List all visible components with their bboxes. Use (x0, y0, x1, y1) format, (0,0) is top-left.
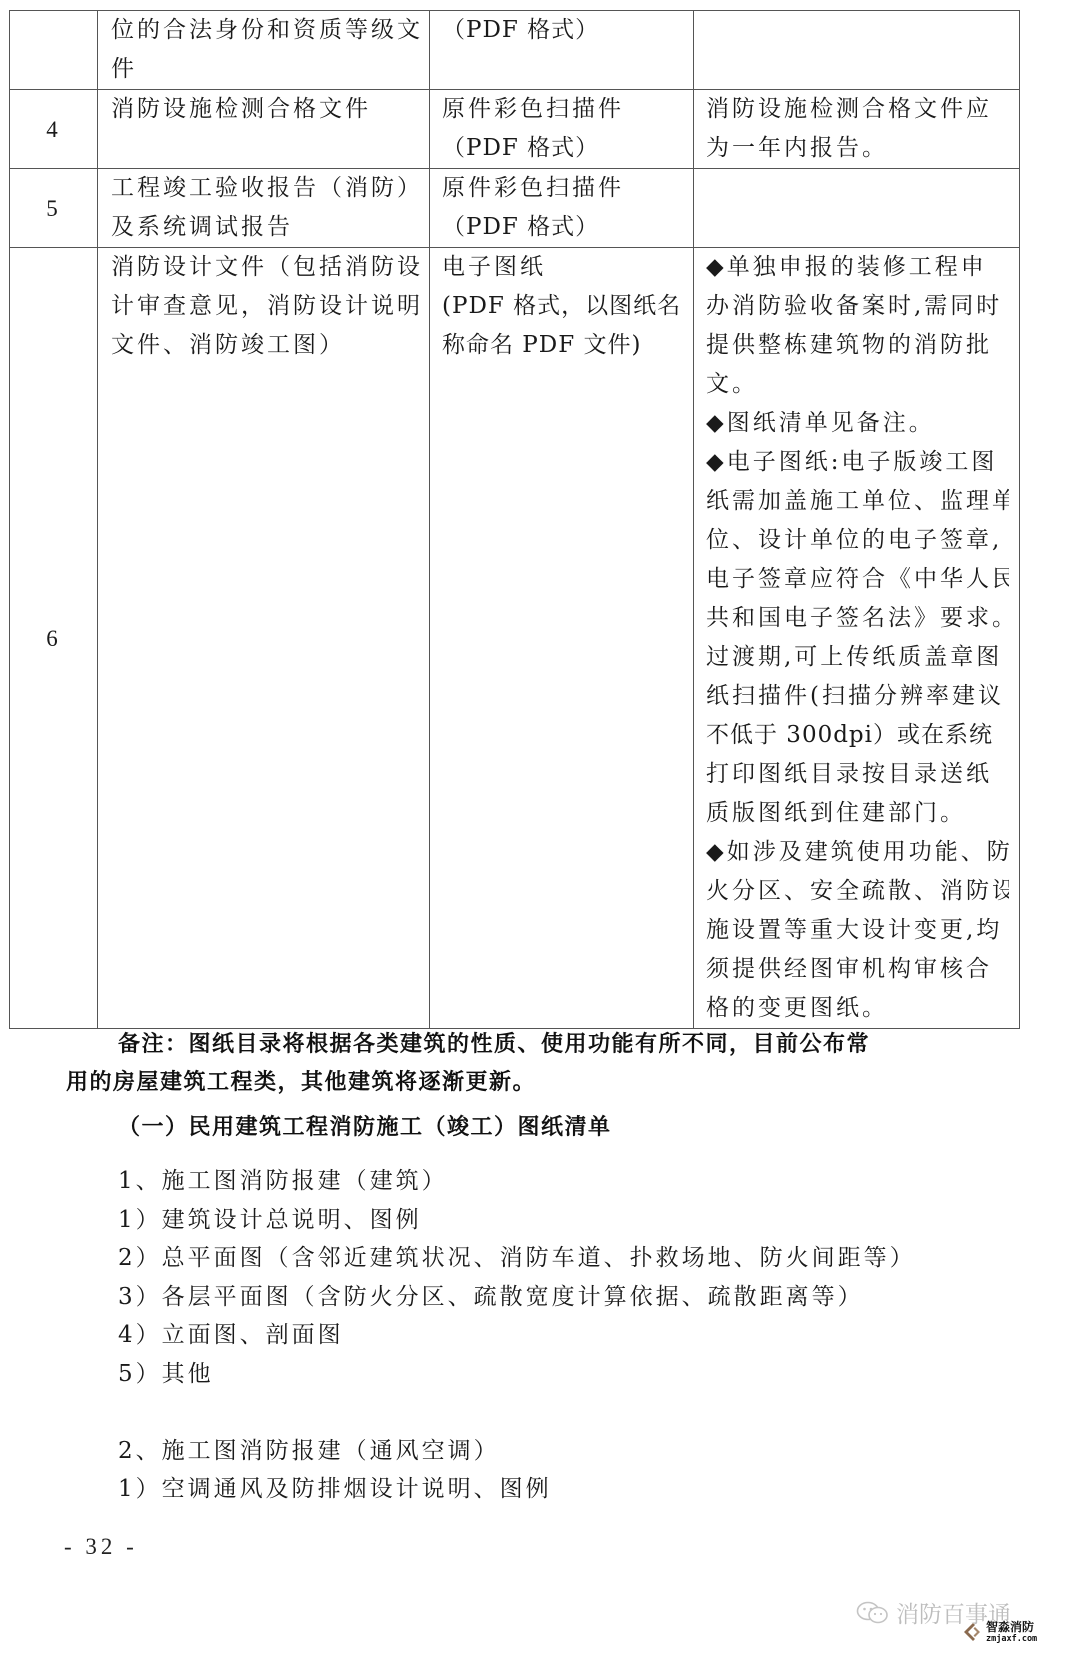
cell-line: 原件彩色扫描件 (442, 90, 687, 129)
requirements-table: 位的合法身份和资质等级文 件 （PDF 格式） 4 消防设施检测合格文件 原件彩… (9, 10, 1020, 1029)
logo-url: zmjaxf.com (986, 1635, 1037, 1644)
cell-line: 施设置等重大设计变更,均 (706, 911, 1009, 950)
page-number: - 32 - (64, 1532, 138, 1562)
cell-line: 位、设计单位的电子签章, (706, 521, 1009, 560)
list-item: 1）空调通风及防排烟设计说明、图例 (118, 1470, 916, 1509)
cell-line: 格的变更图纸。 (706, 989, 1009, 1028)
cell-line: （PDF 格式） (442, 208, 687, 247)
cell-line: 文件、消防竣工图） (111, 326, 421, 365)
logo-name: 智淼消防 (986, 1621, 1037, 1633)
remark-line: 备注：图纸目录将根据各类建筑的性质、使用功能有所不同，目前公布常 (66, 1026, 966, 1064)
cell-line: （PDF 格式） (442, 11, 687, 50)
table-row: 6 消防设计文件（包括消防设 计审查意见，消防设计说明 文件、消防竣工图） 电子… (10, 248, 1020, 1029)
remark-cell (694, 169, 1020, 248)
cell-line: 火分区、安全疏散、消防设 (706, 872, 1009, 911)
table-row: 位的合法身份和资质等级文 件 （PDF 格式） (10, 11, 1020, 90)
remark-cell (694, 11, 1020, 90)
cell-line: 须提供经图审机构审核合 (706, 950, 1009, 989)
group-heading: 1、施工图消防报建（建筑） (118, 1162, 916, 1201)
spacer (118, 1394, 916, 1432)
group-heading: 2、施工图消防报建（通风空调） (118, 1432, 916, 1471)
item-cell: 消防设计文件（包括消防设 计审查意见，消防设计说明 文件、消防竣工图） (98, 248, 430, 1029)
cell-line: 称命名 PDF 文件) (442, 326, 687, 365)
table-row: 5 工程竣工验收报告（消防） 及系统调试报告 原件彩色扫描件 （PDF 格式） (10, 169, 1020, 248)
remark-cell: ◆单独申报的装修工程申 办消防验收备案时,需同时 提供整栋建筑物的消防批 文。 … (694, 248, 1020, 1029)
row-number (10, 11, 98, 90)
item-cell: 消防设施检测合格文件 (98, 90, 430, 169)
cell-line: 消防设计文件（包括消防设 (111, 248, 421, 287)
format-cell: 电子图纸 (PDF 格式，以图纸名 称命名 PDF 文件) (430, 248, 694, 1029)
cell-line: （PDF 格式） (442, 129, 687, 168)
cell-line: 消防设施检测合格文件 (111, 90, 421, 129)
cell-line: 质版图纸到住建部门。 (706, 794, 1009, 833)
cell-line: 纸扫描件(扫描分辨率建议 (706, 677, 1009, 716)
remark-paragraph: 备注：图纸目录将根据各类建筑的性质、使用功能有所不同，目前公布常 用的房屋建筑工… (66, 1026, 966, 1102)
cell-line: 电子签章应符合《中华人民 (706, 560, 1009, 599)
cell-line: ◆图纸清单见备注。 (706, 404, 1009, 443)
cell-line: ◆电子图纸:电子版竣工图 (706, 443, 1009, 482)
cell-line: 计审查意见，消防设计说明 (111, 287, 421, 326)
logo-mark-icon (963, 1622, 983, 1642)
cell-line: 共和国电子签名法》要求。 (706, 599, 1009, 638)
format-cell: 原件彩色扫描件 （PDF 格式） (430, 169, 694, 248)
section-title: （一）民用建筑工程消防施工（竣工）图纸清单 (118, 1110, 612, 1146)
cell-line: 纸需加盖施工单位、监理单 (706, 482, 1009, 521)
cell-line: 过渡期,可上传纸质盖章图 (706, 638, 1009, 677)
list-item: 2）总平面图（含邻近建筑状况、消防车道、扑救场地、防火间距等） (118, 1239, 916, 1278)
format-cell: 原件彩色扫描件 （PDF 格式） (430, 90, 694, 169)
remark-cell: 消防设施检测合格文件应 为一年内报告。 (694, 90, 1020, 169)
cell-line: 电子图纸 (442, 248, 687, 287)
wechat-icon (856, 1601, 890, 1625)
item-cell: 工程竣工验收报告（消防） 及系统调试报告 (98, 169, 430, 248)
item-cell: 位的合法身份和资质等级文 件 (98, 11, 430, 90)
site-logo: 智淼消防 zmjaxf.com (963, 1621, 1037, 1644)
cell-line: 不低于 300dpi）或在系统 (706, 716, 1009, 755)
list-item: 5）其他 (118, 1355, 916, 1394)
list-item: 3）各层平面图（含防火分区、疏散宽度计算依据、疏散距离等） (118, 1278, 916, 1317)
cell-line: 文。 (706, 365, 1009, 404)
row-number: 6 (10, 248, 98, 1029)
cell-line: 打印图纸目录按目录送纸 (706, 755, 1009, 794)
row-number: 5 (10, 169, 98, 248)
cell-line: 位的合法身份和资质等级文 (111, 11, 421, 50)
document-page: 位的合法身份和资质等级文 件 （PDF 格式） 4 消防设施检测合格文件 原件彩… (0, 0, 1080, 1658)
cell-line: 办消防验收备案时,需同时 (706, 287, 1009, 326)
cell-line: ◆如涉及建筑使用功能、防 (706, 833, 1009, 872)
cell-line: 消防设施检测合格文件应 (706, 90, 1009, 129)
cell-line: 及系统调试报告 (111, 208, 421, 247)
cell-line: 工程竣工验收报告（消防） (111, 169, 421, 208)
cell-line: 件 (111, 50, 421, 89)
cell-line: ◆单独申报的装修工程申 (706, 248, 1009, 287)
list-item: 1）建筑设计总说明、图例 (118, 1201, 916, 1240)
remark-line: 用的房屋建筑工程类，其他建筑将逐渐更新。 (66, 1064, 966, 1102)
format-cell: （PDF 格式） (430, 11, 694, 90)
row-number: 4 (10, 90, 98, 169)
cell-line: 提供整栋建筑物的消防批 (706, 326, 1009, 365)
cell-line: 为一年内报告。 (706, 129, 1009, 168)
cell-line: 原件彩色扫描件 (442, 169, 687, 208)
list-item: 4）立面图、剖面图 (118, 1316, 916, 1355)
table-row: 4 消防设施检测合格文件 原件彩色扫描件 （PDF 格式） 消防设施检测合格文件… (10, 90, 1020, 169)
cell-line: (PDF 格式，以图纸名 (442, 287, 687, 326)
drawing-list: 1、施工图消防报建（建筑） 1）建筑设计总说明、图例 2）总平面图（含邻近建筑状… (118, 1162, 916, 1509)
